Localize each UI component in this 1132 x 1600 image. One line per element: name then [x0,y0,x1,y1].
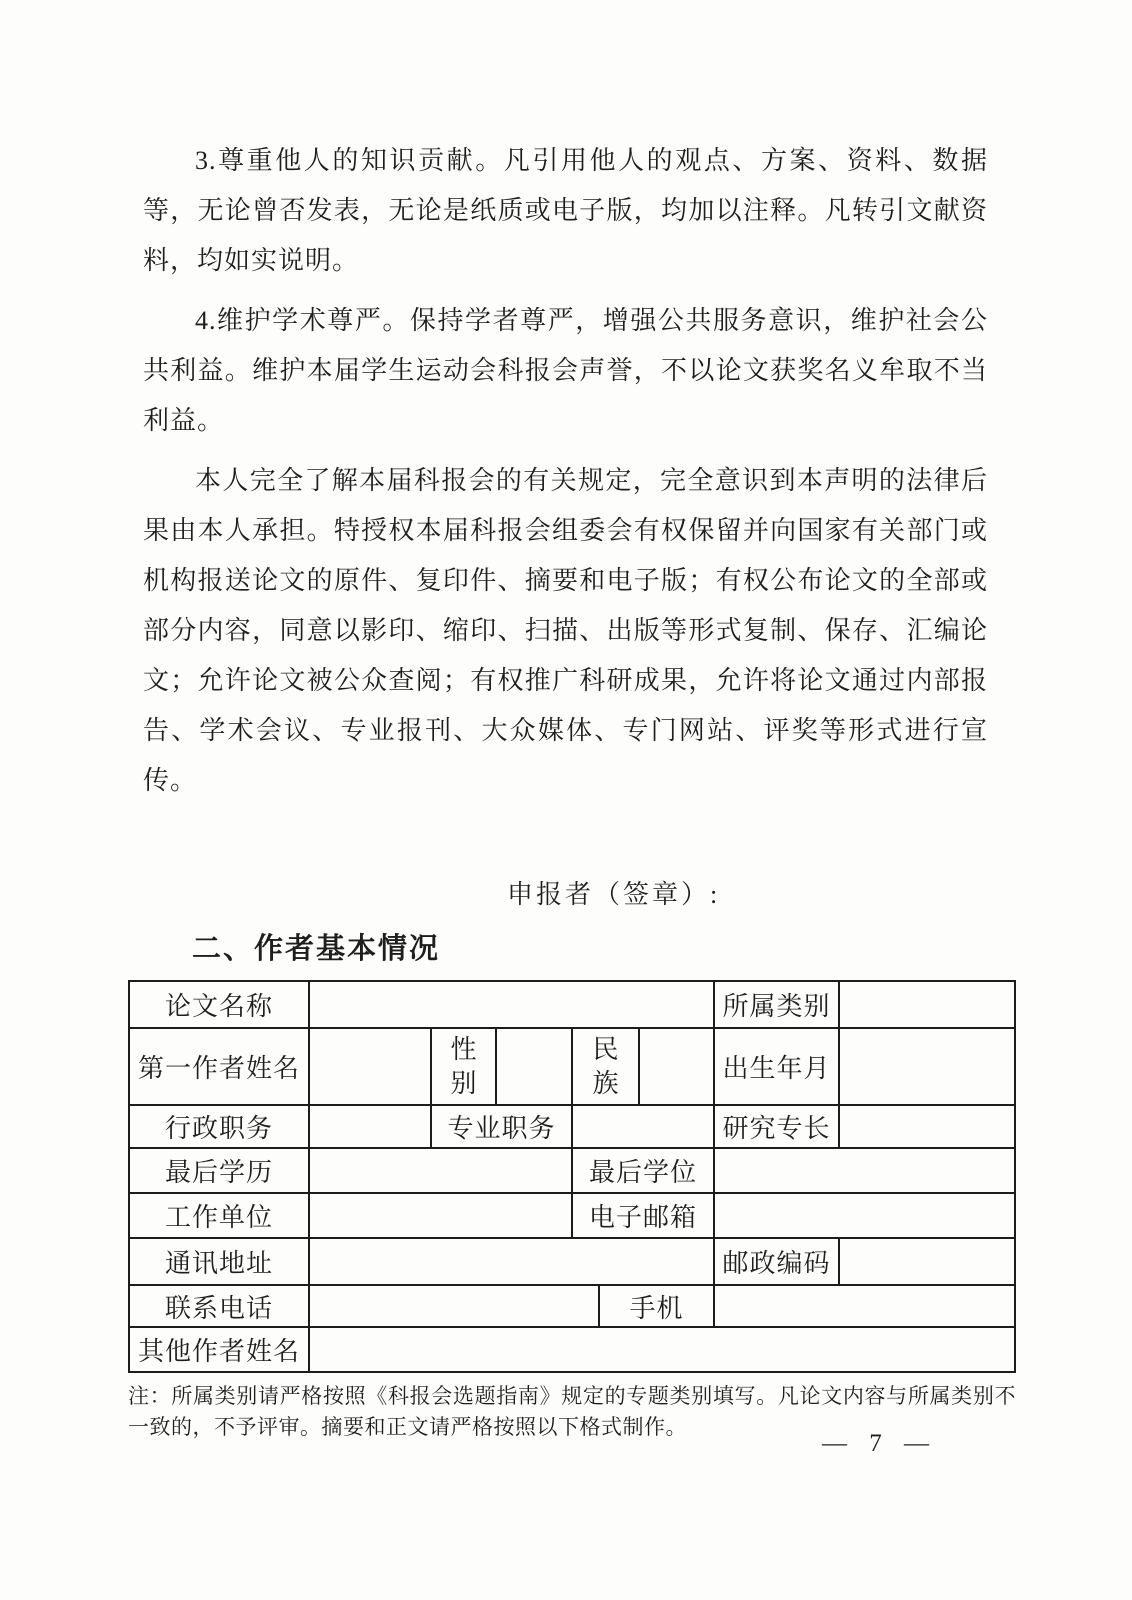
ethnicity-value-cell [639,1028,714,1105]
ethnicity-label: 民族 [572,1028,639,1105]
table-row-other-authors: 其他作者姓名 [129,1327,1015,1372]
final-degree-label: 最后学位 [572,1148,714,1193]
admin-post-label: 行政职务 [129,1105,309,1148]
admin-post-value-cell [309,1105,431,1148]
declaration-item-4: 4.维护学术尊严。保持学者尊严，增强公共服务意识，维护社会公共利益。维护本届学生… [143,296,988,446]
table-row-phones: 联系电话 手机 [129,1285,1015,1327]
declaration-text-block: 3.尊重他人的知识贡献。凡引用他人的观点、方案、资料、数据等，无论曾否发表，无论… [143,136,988,816]
work-unit-value-cell [309,1193,572,1238]
gender-value-cell [496,1028,572,1105]
declaration-item-3: 3.尊重他人的知识贡献。凡引用他人的观点、方案、资料、数据等，无论曾否发表，无论… [143,136,988,286]
page-number: — 7 — [822,1430,937,1458]
scanned-document-page: 3.尊重他人的知识贡献。凡引用他人的观点、方案、资料、数据等，无论曾否发表，无论… [0,0,1132,1600]
category-label: 所属类别 [714,981,839,1028]
email-label: 电子邮箱 [572,1193,714,1238]
gender-label: 性别 [431,1028,496,1105]
research-specialty-value-cell [839,1105,1015,1148]
postal-code-label: 邮政编码 [714,1238,839,1285]
postal-code-value-cell [839,1238,1015,1285]
final-degree-value-cell [714,1148,1015,1193]
contact-phone-label: 联系电话 [129,1285,309,1327]
mobile-phone-value-cell [714,1285,1015,1327]
mailing-address-value-cell [309,1238,714,1285]
contact-phone-value-cell [309,1285,599,1327]
table-row-posts: 行政职务 专业职务 研究专长 [129,1105,1015,1148]
work-unit-label: 工作单位 [129,1193,309,1238]
research-specialty-label: 研究专长 [714,1105,839,1148]
table-row-mailing-address: 通讯地址 邮政编码 [129,1238,1015,1285]
first-author-name-label: 第一作者姓名 [129,1028,309,1105]
professional-post-value-cell [572,1105,714,1148]
section-heading-author-basic-info: 二、作者基本情况 [192,926,440,967]
birth-year-month-value-cell [839,1028,1015,1105]
birth-year-month-label: 出生年月 [714,1028,839,1105]
email-value-cell [714,1193,1015,1238]
table-row-paper-title: 论文名称 所属类别 [129,981,1015,1028]
table-row-work-unit: 工作单位 电子邮箱 [129,1193,1015,1238]
mailing-address-label: 通讯地址 [129,1238,309,1285]
author-basic-info-table: 论文名称 所属类别 第一作者姓名 性别 民族 出生年月 行政职务 专业职务 [128,980,1014,1373]
table-row-education: 最后学历 最后学位 [129,1148,1015,1193]
other-author-names-label: 其他作者姓名 [129,1327,309,1372]
applicant-signature-label: 申报者（签章）: [507,874,720,911]
category-value-cell [839,981,1015,1028]
paper-title-value-cell [309,981,714,1028]
declaration-consent-paragraph: 本人完全了解本届科报会的有关规定，完全意识到本声明的法律后果由本人承担。特授权本… [143,456,988,806]
mobile-phone-label: 手机 [599,1285,714,1327]
other-author-names-value-cell [309,1327,1015,1372]
first-author-name-value-cell [309,1028,431,1105]
table-row-first-author: 第一作者姓名 性别 民族 出生年月 [129,1028,1015,1105]
professional-post-label: 专业职务 [431,1105,572,1148]
final-education-value-cell [309,1148,572,1193]
final-education-label: 最后学历 [129,1148,309,1193]
paper-title-label: 论文名称 [129,981,309,1028]
